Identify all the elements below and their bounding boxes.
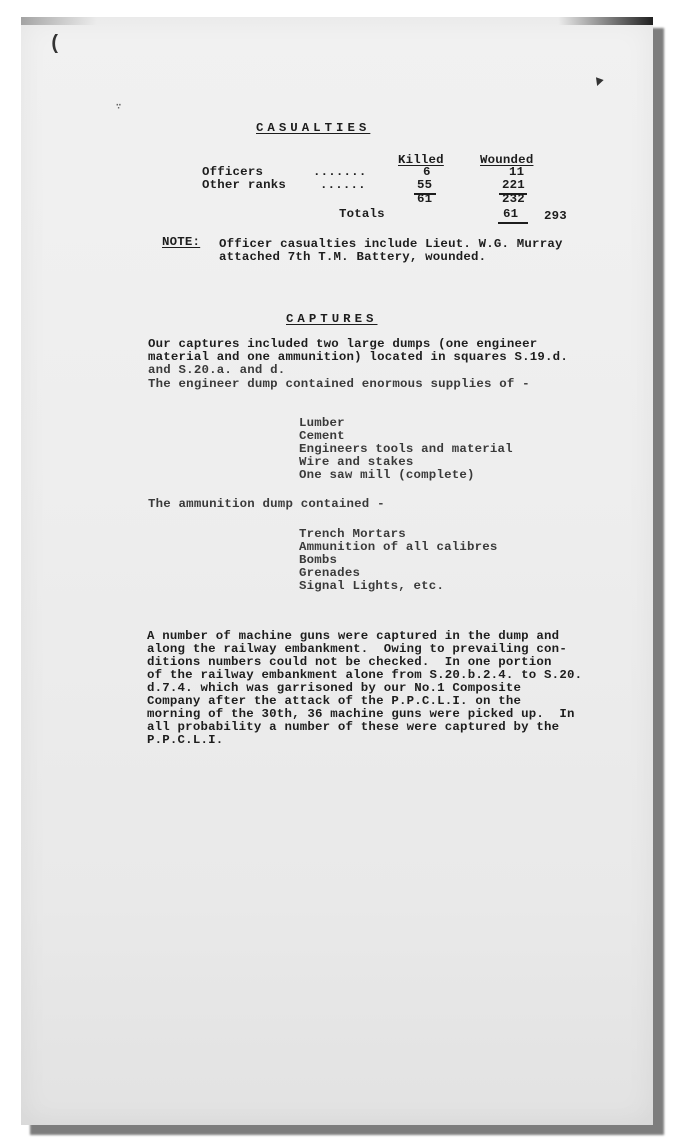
hole-punch-mark: ( — [49, 33, 61, 56]
totals-label: Totals — [339, 208, 385, 221]
row-label: Other ranks — [202, 179, 286, 192]
wounded-value: 221 — [502, 179, 525, 192]
paragraph-line: The engineer dump contained enormous sup… — [148, 378, 530, 391]
list-item: One saw mill (complete) — [299, 469, 475, 482]
note-label: NOTE: — [162, 236, 200, 249]
document-page: ( ▼ ∵ CASUALTIES Killed Wounded Officers… — [21, 17, 653, 1125]
ammunition-dump-intro: The ammunition dump contained - — [148, 498, 385, 511]
paragraph-line: P.P.C.L.I. — [147, 734, 223, 747]
totals-rule — [498, 222, 528, 224]
subtotal-wounded: 232 — [502, 193, 525, 206]
dot-leader: ...... — [320, 179, 366, 192]
grand-total: 293 — [544, 210, 567, 223]
killed-column-header: Killed — [398, 154, 444, 167]
ink-speck: ∵ — [116, 102, 121, 112]
subtotal-killed: 61 — [417, 193, 432, 206]
note-line: attached 7th T.M. Battery, wounded. — [219, 251, 486, 264]
captures-heading: CAPTURES — [286, 313, 378, 326]
paragraph-line: and S.20.a. and d. — [148, 364, 285, 377]
killed-value: 55 — [417, 179, 432, 192]
totals-killed-carried: 61 — [503, 208, 518, 221]
ink-mark: ▼ — [592, 74, 605, 92]
wounded-column-header: Wounded — [480, 154, 533, 167]
casualties-heading: CASUALTIES — [256, 122, 370, 135]
list-item: Signal Lights, etc. — [299, 580, 444, 593]
